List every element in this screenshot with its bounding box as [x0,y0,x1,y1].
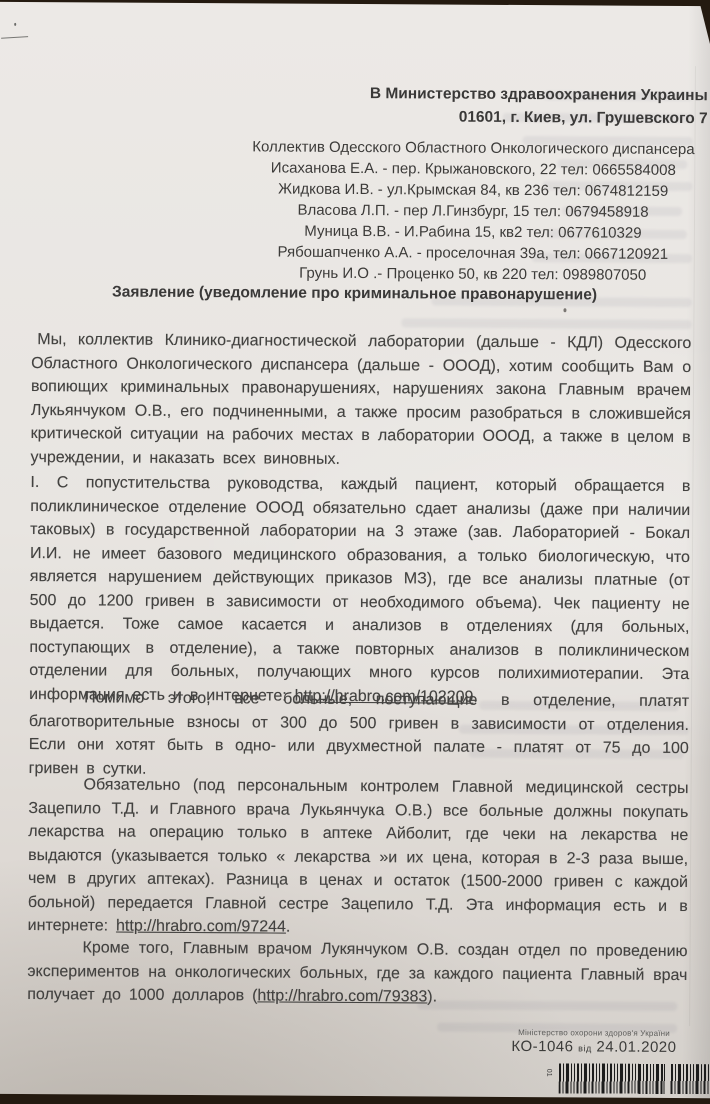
hrabro-link-3: http://hrabro.com/79383 [257,987,427,1005]
barcode-prefix-label: 01 [545,1069,552,1077]
paragraph-text: . [286,919,291,936]
recipient-line: В Министерство здравоохранения Украины [370,82,708,107]
paragraph-text: Обязательно (под персональным контролем … [28,776,689,934]
sender-line: Муница В.В. - И.Рабина 15, кв2 тел: 0677… [240,220,706,244]
recipient-address-block: В Министерство здравоохранения Украины 0… [370,82,708,130]
sender-line: Власова Л.П. - пер Л.Гинзбург, 15 тел: 0… [240,199,706,223]
document-title: Заявление (уведомление про криминальное … [0,283,710,305]
paragraph-experiments: Кроме того, Главным врачом Лукянчуком О.… [27,936,687,1011]
stamp-ministry-name: Міністерство охорони здоров'я України [485,1028,703,1038]
recipient-line: 01601, г. Киев, ул. Грушевского 7 [370,105,708,130]
stamp-registration-number: КО-1046 [511,1038,573,1055]
paragraph-intro: Мы, коллектив Клинико-диагностической ла… [30,328,691,473]
stamp-date: 24.01.2020 [596,1038,676,1055]
paragraph-donations: Помимо этого, все больные, поступающие в… [29,686,690,784]
ministry-stamp: Міністерство охорони здоров'я України КО… [485,1028,703,1056]
paragraph-item-1: I. С попустительства руководства, каждый… [29,471,690,710]
paragraph-text: I. С попустительства руководства, каждый… [29,474,690,704]
ink-speck [563,308,566,312]
sender-line: Исаханова Е.А. - пер. Крыжановского, 22 … [240,157,706,181]
pen-mark-dot [14,23,16,26]
document-page: В Министерство здравоохранения Украины 0… [0,2,710,1098]
barcode-image [559,1063,710,1096]
sender-line: Коллектив Одесского Областного Онкологич… [240,136,706,160]
hrabro-link-2: http://hrabro.com/97244 [116,918,286,936]
pen-mark [1,36,28,39]
sender-line: Жидкова И.В. - ул.Крымская 84, кв 236 те… [240,178,706,202]
sender-list: Коллектив Одесского Областного Онкологич… [240,136,707,286]
barcode [559,1063,710,1098]
stamp-from-word: від [578,1043,592,1053]
paragraph-pharmacy: Обязательно (под персональным контролем … [28,773,689,942]
stamp-registration-line: КО-1046 від 24.01.2020 [485,1038,703,1056]
sender-line: Грунь И.О .- Проценко 50, кв 220 тел: 09… [240,262,706,286]
sender-line: Рябошапченко А.А. - проселочная 39а, тел… [240,241,706,265]
bleed-through-text [401,318,691,329]
paragraph-text: ). [427,988,437,1005]
photo-background: { "document": { "recipient_lines": [ "В … [0,0,710,1104]
